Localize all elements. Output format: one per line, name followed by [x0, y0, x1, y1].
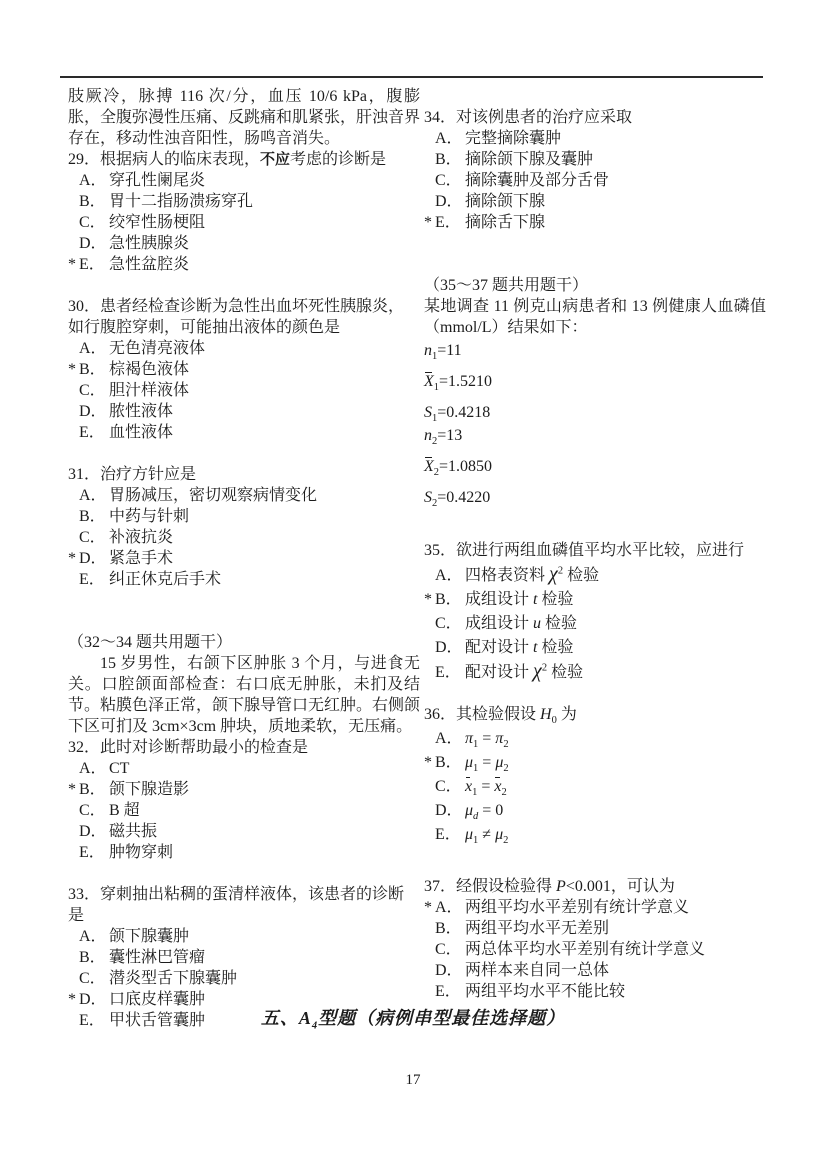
option-text: 成组设计 t 检验	[465, 589, 766, 610]
variable-subscript: 2	[503, 763, 508, 774]
option-answer-star: *	[424, 212, 435, 233]
question-number: 32．	[68, 739, 100, 756]
question-stem: 34．对该例患者的治疗应采取	[424, 107, 766, 128]
option-row: *E．摘除舌下腺	[424, 212, 766, 233]
chi-square-symbol: χ2	[549, 567, 563, 584]
text-segment: 检验	[547, 664, 583, 681]
option-text: 颌下腺囊肿	[109, 926, 420, 947]
option-answer-star: *	[68, 989, 79, 1010]
text-segment: 胃肠减压，密切观察病情变化	[109, 487, 317, 504]
option-row: E．两组平均水平不能比较	[424, 981, 766, 1002]
question-number: 30．	[68, 298, 100, 315]
option-answer-star: *	[68, 254, 79, 275]
shared-stem-header: （32～34 题共用题干）	[68, 632, 420, 653]
option-letter: E．	[79, 569, 109, 590]
option-row: C．x1 = x2	[424, 776, 766, 797]
stem-paragraph: 肢厥冷，脉搏 116 次/分，血压 10/6 kPa，腹膨胀，全腹弥漫性压痛、反…	[68, 86, 420, 149]
option-row: D．μd = 0	[424, 800, 766, 821]
option-text: 中药与针刺	[109, 506, 420, 527]
option-row: D．摘除颌下腺	[424, 191, 766, 212]
option-row: C．摘除囊肿及部分舌骨	[424, 170, 766, 191]
page-number: 17	[0, 1070, 826, 1091]
option-row: B．两组平均水平无差别	[424, 918, 766, 939]
option-row: B．摘除颌下腺及囊肿	[424, 149, 766, 170]
option-row: *E．急性盆腔炎	[68, 254, 420, 275]
option-letter: A．	[79, 758, 109, 779]
option-row: A．胃肠减压，密切观察病情变化	[68, 485, 420, 506]
math-variable: μ1	[465, 754, 478, 771]
text-segment: 考虑的诊断是	[290, 151, 386, 168]
text-segment: 成组设计	[465, 591, 533, 608]
question-stem: 31．治疗方针应是	[68, 464, 420, 485]
question-number: 35．	[424, 542, 456, 559]
option-row: D．配对设计 t 检验	[424, 637, 766, 658]
math-variable: S1	[424, 404, 437, 421]
option-letter: C．	[79, 800, 109, 821]
option-text: μ1 = μ2	[465, 752, 766, 773]
option-row: *B．μ1 = μ2	[424, 752, 766, 773]
option-letter: B．	[79, 191, 109, 212]
text-segment: =1.5210	[439, 373, 492, 390]
question-number: 29．	[68, 151, 100, 168]
option-text: 棕褐色液体	[109, 359, 420, 380]
variable-glyph: S	[424, 489, 432, 506]
text-segment: 成组设计	[465, 615, 533, 632]
math-variable: n2	[424, 427, 437, 444]
text-segment: 两组平均水平无差别	[465, 920, 609, 937]
text-segment: =	[477, 778, 494, 795]
option-text: μd = 0	[465, 800, 766, 821]
option-text: μ1 ≠ μ2	[465, 824, 766, 845]
option-row: C．胆汁样液体	[68, 380, 420, 401]
option-text: 两总体平均水平差别有统计学意义	[465, 939, 766, 960]
option-row: *B．成组设计 t 检验	[424, 589, 766, 610]
option-letter: D．	[79, 821, 109, 842]
option-text: CT	[109, 758, 420, 779]
variable-subscript: 2	[503, 739, 508, 750]
option-row: C．成组设计 u 检验	[424, 613, 766, 634]
option-row: A．CT	[68, 758, 420, 779]
option-letter: E．	[79, 254, 109, 275]
option-letter: B．	[79, 359, 109, 380]
option-row: C．潜炎型舌下腺囊肿	[68, 968, 420, 989]
question-block: 37．经假设检验得 P<0.001，可认为*A．两组平均水平差别有统计学意义B．…	[424, 876, 766, 1002]
math-variable: x1	[465, 778, 477, 795]
option-letter: C．	[435, 170, 465, 191]
option-letter: C．	[79, 527, 109, 548]
option-text: 摘除颌下腺	[465, 191, 766, 212]
statistic-line: n2=13	[424, 425, 766, 446]
option-letter: D．	[435, 800, 465, 821]
text-segment: = 0	[478, 802, 503, 819]
text-segment: 中药与针刺	[109, 508, 189, 525]
variable-subscript: 2	[503, 835, 508, 846]
statistic-line: X2=1.0850	[424, 456, 766, 477]
option-text: x1 = x2	[465, 776, 766, 797]
option-letter: C．	[435, 613, 465, 634]
option-letter: B．	[79, 506, 109, 527]
option-row: *D．口底皮样囊肿	[68, 989, 420, 1010]
option-letter: D．	[435, 960, 465, 981]
option-text: 囊性淋巴管瘤	[109, 947, 420, 968]
option-row: D．脓性液体	[68, 401, 420, 422]
option-letter: B．	[435, 918, 465, 939]
option-text: 四格表资料 χ2 检验	[465, 564, 766, 586]
option-answer-star: *	[424, 589, 435, 610]
option-text: 血性液体	[109, 422, 420, 443]
question-number: 37．	[424, 878, 456, 895]
option-letter: D．	[435, 191, 465, 212]
option-letter: C．	[435, 776, 465, 797]
text-segment: 潜炎型舌下腺囊肿	[109, 970, 237, 987]
question-stem: 29．根据病人的临床表现，不应考虑的诊断是	[68, 149, 420, 170]
question-block: 36．其检验假设 H0 为A．π1 = π2*B．μ1 = μ2C．x1 = x…	[424, 704, 766, 845]
question-number: 31．	[68, 466, 100, 483]
option-letter: E．	[435, 212, 465, 233]
option-text: 颌下腺造影	[109, 779, 420, 800]
text-segment: =0.4220	[437, 489, 490, 506]
option-text: 纠正休克后手术	[109, 569, 420, 590]
text-segment: =13	[437, 427, 462, 444]
option-letter: E．	[435, 981, 465, 1002]
option-letter: B．	[435, 752, 465, 773]
math-variable: H0	[540, 706, 557, 723]
chi-square-symbol: χ2	[533, 664, 547, 681]
math-variable: π2	[495, 730, 508, 747]
option-text: 穿孔性阑尾炎	[109, 170, 420, 191]
text-segment: =11	[437, 342, 461, 359]
text-segment: <0.001，可认为	[566, 878, 675, 895]
text-segment: 经假设检验得	[456, 878, 556, 895]
text-segment: 两组平均水平不能比较	[465, 983, 625, 1000]
variable-glyph: μ	[465, 802, 473, 819]
text-segment: 此时对诊断帮助最小的检查是	[100, 739, 308, 756]
option-letter: A．	[79, 338, 109, 359]
option-letter: E．	[79, 422, 109, 443]
text-segment: 两总体平均水平差别有统计学意义	[465, 941, 705, 958]
option-letter: A．	[79, 170, 109, 191]
option-row: E．肿物穿刺	[68, 842, 420, 863]
option-text: 磁共振	[109, 821, 420, 842]
option-letter: B．	[435, 149, 465, 170]
overbar: X	[424, 374, 434, 390]
option-text: 补液抗炎	[109, 527, 420, 548]
section-footer-post: 型题（病例串型最佳选择题）	[318, 1008, 565, 1028]
option-row: E．纠正休克后手术	[68, 569, 420, 590]
chi-glyph: χ	[533, 660, 542, 682]
question-stem: 37．经假设检验得 P<0.001，可认为	[424, 876, 766, 897]
text-segment: 摘除颌下腺及囊肿	[465, 151, 593, 168]
option-letter: A．	[435, 128, 465, 149]
variable-glyph: π	[465, 730, 473, 747]
option-answer-star: *	[68, 779, 79, 800]
italic-symbol: u	[533, 615, 541, 632]
option-row: A．四格表资料 χ2 检验	[424, 564, 766, 586]
option-letter: C．	[79, 968, 109, 989]
text-segment: =	[478, 754, 495, 771]
text-segment: 棕褐色液体	[109, 361, 189, 378]
overbar: x	[465, 779, 472, 795]
math-variable: X2	[424, 458, 439, 475]
text-segment: 胃十二指肠溃疡穿孔	[109, 193, 253, 210]
option-text: 摘除颌下腺及囊肿	[465, 149, 766, 170]
option-letter: A．	[435, 565, 465, 586]
text-segment: 穿孔性阑尾炎	[109, 172, 205, 189]
option-row: C．绞窄性肠梗阻	[68, 212, 420, 233]
option-text: 摘除囊肿及部分舌骨	[465, 170, 766, 191]
option-row: *B．颌下腺造影	[68, 779, 420, 800]
right-column: 34．对该例患者的治疗应采取A．完整摘除囊肿B．摘除颌下腺及囊肿C．摘除囊肿及部…	[424, 86, 766, 1002]
text-segment: 两组平均水平差别有统计学意义	[465, 899, 689, 916]
text-segment: 纠正休克后手术	[109, 571, 221, 588]
option-text: 紧急手术	[109, 548, 420, 569]
question-block: 31．治疗方针应是A．胃肠减压，密切观察病情变化B．中药与针刺C．补液抗炎*D．…	[68, 464, 420, 590]
section-footer-var: A	[299, 1008, 312, 1028]
option-text: 两组平均水平差别有统计学意义	[465, 897, 766, 918]
option-letter: A．	[435, 897, 465, 918]
stem-paragraph: 某地调查 11 例克山病患者和 13 例健康人血磷值（mmol/L）结果如下：	[424, 296, 766, 338]
option-text: 脓性液体	[109, 401, 420, 422]
text-segment: 检验	[537, 639, 573, 656]
text-segment: 治疗方针应是	[100, 466, 196, 483]
text-segment: =	[478, 730, 495, 747]
option-row: D．两样本来自同一总体	[424, 960, 766, 981]
chi-glyph: χ	[549, 563, 558, 585]
text-segment: CT	[109, 760, 129, 777]
text-segment: 口底皮样囊肿	[109, 991, 205, 1008]
question-block: 32．此时对诊断帮助最小的检查是A．CT*B．颌下腺造影C．B 超D．磁共振E．…	[68, 737, 420, 863]
option-row: *B．棕褐色液体	[68, 359, 420, 380]
math-variable: μd	[465, 802, 478, 819]
option-text: 急性胰腺炎	[109, 233, 420, 254]
option-answer-star: *	[68, 359, 79, 380]
option-text: B 超	[109, 800, 420, 821]
option-text: 急性盆腔炎	[109, 254, 420, 275]
option-text: π1 = π2	[465, 728, 766, 749]
option-letter: D．	[435, 637, 465, 658]
overbar: x	[494, 779, 501, 795]
text-segment: 肿物穿刺	[109, 844, 173, 861]
stem-paragraph: 15 岁男性，右颌下区肿胀 3 个月，与进食无关。口腔颌面部检查：右口底无肿胀，…	[68, 653, 420, 737]
question-stem: 32．此时对诊断帮助最小的检查是	[68, 737, 420, 758]
text-segment: B 超	[109, 802, 140, 819]
text-segment: 急性胰腺炎	[109, 235, 189, 252]
header-rule	[60, 76, 763, 78]
option-row: B．囊性淋巴管瘤	[68, 947, 420, 968]
option-text: 两组平均水平不能比较	[465, 981, 766, 1002]
option-row: *D．紧急手术	[68, 548, 420, 569]
question-stem: 36．其检验假设 H0 为	[424, 704, 766, 725]
question-block: 30．患者经检查诊断为急性出血坏死性胰腺炎，如行腹腔穿刺，可能抽出液体的颜色是A…	[68, 296, 420, 443]
text-segment: 绞窄性肠梗阻	[109, 214, 205, 231]
variable-glyph: n	[424, 427, 432, 444]
option-letter: D．	[79, 989, 109, 1010]
option-text: 潜炎型舌下腺囊肿	[109, 968, 420, 989]
variable-subscript: 2	[502, 787, 507, 798]
text-segment: 根据病人的临床表现，	[100, 151, 260, 168]
option-answer-star: *	[424, 752, 435, 773]
option-row: A．完整摘除囊肿	[424, 128, 766, 149]
text-segment: 摘除囊肿及部分舌骨	[465, 172, 609, 189]
option-text: 口底皮样囊肿	[109, 989, 420, 1010]
option-row: A．穿孔性阑尾炎	[68, 170, 420, 191]
option-letter: D．	[79, 401, 109, 422]
text-segment: 无色清亮液体	[109, 340, 205, 357]
text-segment: 摘除舌下腺	[465, 214, 545, 231]
option-row: D．急性胰腺炎	[68, 233, 420, 254]
question-block: 29．根据病人的临床表现，不应考虑的诊断是A．穿孔性阑尾炎B．胃十二指肠溃疡穿孔…	[68, 149, 420, 275]
text-segment: 为	[557, 706, 577, 723]
question-number: 33．	[68, 886, 100, 903]
option-row: C．B 超	[68, 800, 420, 821]
section-footer: 五、A4型题（病例串型最佳选择题）	[0, 1008, 826, 1029]
text-segment: 急性盆腔炎	[109, 256, 189, 273]
question-stem: 30．患者经检查诊断为急性出血坏死性胰腺炎，如行腹腔穿刺，可能抽出液体的颜色是	[68, 296, 420, 338]
option-letter: C．	[79, 212, 109, 233]
question-block: 35．欲进行两组血磷值平均水平比较，应进行A．四格表资料 χ2 检验*B．成组设…	[424, 540, 766, 683]
option-text: 胃十二指肠溃疡穿孔	[109, 191, 420, 212]
variable-glyph: μ	[495, 826, 503, 843]
option-text: 肿物穿刺	[109, 842, 420, 863]
variable-glyph: x	[494, 778, 501, 795]
option-text: 配对设计 χ2 检验	[465, 661, 766, 683]
bold-emphasis: 不应	[260, 151, 290, 168]
option-text: 两样本来自同一总体	[465, 960, 766, 981]
option-row: E．μ1 ≠ μ2	[424, 824, 766, 845]
variable-glyph: X	[424, 458, 434, 475]
option-row: C．补液抗炎	[68, 527, 420, 548]
option-row: E．配对设计 χ2 检验	[424, 661, 766, 683]
text-segment: 检验	[563, 567, 599, 584]
variable-glyph: μ	[465, 826, 473, 843]
option-text: 胃肠减压，密切观察病情变化	[109, 485, 420, 506]
option-letter: C．	[79, 380, 109, 401]
math-variable: μ1	[465, 826, 478, 843]
option-row: B．胃十二指肠溃疡穿孔	[68, 191, 420, 212]
option-letter: E．	[435, 824, 465, 845]
option-letter: B．	[79, 947, 109, 968]
text-segment: 检验	[541, 615, 577, 632]
shared-stem-header: （35～37 题共用题干）	[424, 275, 766, 296]
text-segment: 欲进行两组血磷值平均水平比较，应进行	[456, 542, 744, 559]
math-variable: n1	[424, 342, 437, 359]
text-segment: 磁共振	[109, 823, 157, 840]
text-segment: 颌下腺造影	[109, 781, 189, 798]
math-variable: X1	[424, 373, 439, 390]
text-segment: 四格表资料	[465, 567, 549, 584]
option-answer-star: *	[68, 548, 79, 569]
exam-page: { "page": { "number": "17" }, "footer": …	[0, 0, 826, 1169]
text-segment: =0.4218	[437, 404, 490, 421]
option-letter: D．	[79, 548, 109, 569]
option-letter: A．	[435, 728, 465, 749]
question-number: 36．	[424, 706, 456, 723]
question-block: 34．对该例患者的治疗应采取A．完整摘除囊肿B．摘除颌下腺及囊肿C．摘除囊肿及部…	[424, 107, 766, 233]
math-variable: μ2	[495, 754, 508, 771]
italic-symbol: P	[556, 878, 566, 895]
overbar: X	[424, 459, 434, 475]
question-stem: 33．穿刺抽出粘稠的蛋清样液体，该患者的诊断是	[68, 884, 420, 926]
math-variable: x2	[494, 778, 506, 795]
text-segment: 颌下腺囊肿	[109, 928, 189, 945]
variable-glyph: S	[424, 404, 432, 421]
text-segment: =1.0850	[439, 458, 492, 475]
question-number: 34．	[424, 109, 456, 126]
text-segment: 摘除颌下腺	[465, 193, 545, 210]
option-letter: E．	[79, 842, 109, 863]
text-segment: 穿刺抽出粘稠的蛋清样液体，该患者的诊断是	[68, 886, 404, 924]
left-column: 肢厥冷，脉搏 116 次/分，血压 10/6 kPa，腹膨胀，全腹弥漫性压痛、反…	[68, 86, 420, 1031]
variable-glyph: H	[540, 706, 552, 723]
statistic-line: S1=0.4218	[424, 402, 766, 423]
text-segment: 检验	[537, 591, 573, 608]
option-text: 配对设计 t 检验	[465, 637, 766, 658]
option-text: 胆汁样液体	[109, 380, 420, 401]
math-variable: S2	[424, 489, 437, 506]
text-segment: 紧急手术	[109, 550, 173, 567]
option-row: D．磁共振	[68, 821, 420, 842]
option-row: A．颌下腺囊肿	[68, 926, 420, 947]
option-letter: E．	[435, 662, 465, 683]
text-segment: 补液抗炎	[109, 529, 173, 546]
text-segment: 囊性淋巴管瘤	[109, 949, 205, 966]
variable-glyph: μ	[465, 754, 473, 771]
option-row: E．血性液体	[68, 422, 420, 443]
option-letter: B．	[435, 589, 465, 610]
text-segment: 其检验假设	[456, 706, 540, 723]
section-footer-pre: 五、	[261, 1008, 299, 1028]
text-segment: 脓性液体	[109, 403, 173, 420]
statistic-line: X1=1.5210	[424, 371, 766, 392]
option-text: 摘除舌下腺	[465, 212, 766, 233]
text-segment: 血性液体	[109, 424, 173, 441]
variable-glyph: n	[424, 342, 432, 359]
option-text: 两组平均水平无差别	[465, 918, 766, 939]
option-row: B．中药与针刺	[68, 506, 420, 527]
text-segment: 两样本来自同一总体	[465, 962, 609, 979]
option-text: 无色清亮液体	[109, 338, 420, 359]
option-answer-star: *	[424, 897, 435, 918]
option-letter: D．	[79, 233, 109, 254]
option-row: A．无色清亮液体	[68, 338, 420, 359]
option-row: *A．两组平均水平差别有统计学意义	[424, 897, 766, 918]
variable-glyph: x	[465, 778, 472, 795]
text-segment: 对该例患者的治疗应采取	[456, 109, 632, 126]
text-segment: 胆汁样液体	[109, 382, 189, 399]
option-letter: B．	[79, 779, 109, 800]
option-row: A．π1 = π2	[424, 728, 766, 749]
option-text: 完整摘除囊肿	[465, 128, 766, 149]
text-segment: 配对设计	[465, 664, 533, 681]
option-letter: A．	[79, 485, 109, 506]
option-letter: A．	[79, 926, 109, 947]
option-text: 绞窄性肠梗阻	[109, 212, 420, 233]
math-variable: π1	[465, 730, 478, 747]
statistic-line: n1=11	[424, 340, 766, 361]
statistic-line: S2=0.4220	[424, 487, 766, 508]
question-stem: 35．欲进行两组血磷值平均水平比较，应进行	[424, 540, 766, 561]
variable-glyph: X	[424, 373, 434, 390]
text-segment: ≠	[478, 826, 495, 843]
option-letter: C．	[435, 939, 465, 960]
math-variable: μ2	[495, 826, 508, 843]
option-row: C．两总体平均水平差别有统计学意义	[424, 939, 766, 960]
option-text: 成组设计 u 检验	[465, 613, 766, 634]
text-segment: 完整摘除囊肿	[465, 130, 561, 147]
text-segment: 配对设计	[465, 639, 533, 656]
text-segment: 患者经检查诊断为急性出血坏死性胰腺炎，如行腹腔穿刺，可能抽出液体的颜色是	[68, 298, 404, 336]
